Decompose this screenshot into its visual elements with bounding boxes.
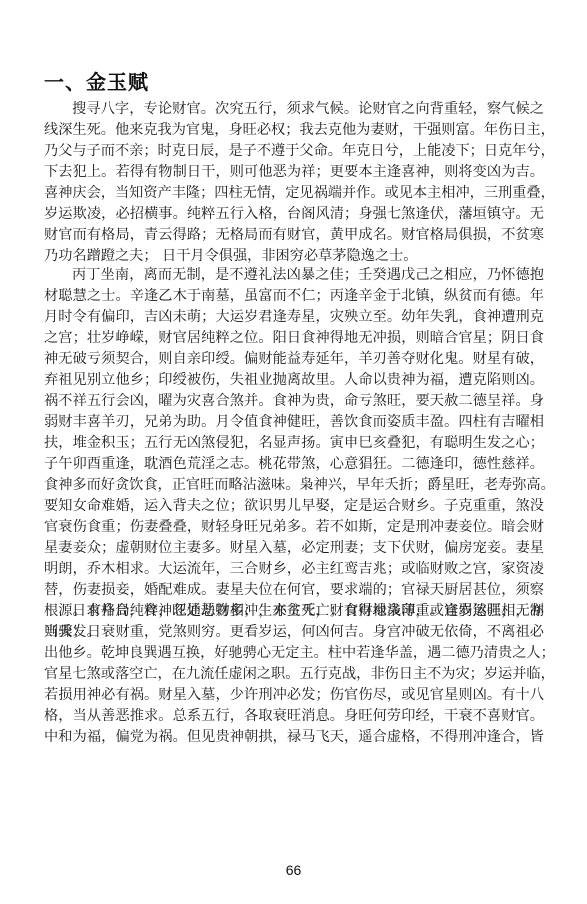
document-page: 一、金玉赋 搜寻八字，专论财官。次究五行，须求气候。论财官之向背重轻，察气候之 …	[0, 0, 587, 904]
text-line: 岁运欺凌，必招横事。纯粹五行入格，台阁风清；身强七煞逢伏，藩垣镇守。无	[44, 204, 544, 225]
text-line: 丙丁坐南，离而无制，是不遵礼法凶暴之佳；壬癸遇戊己之相应，乃怀德抱	[44, 265, 544, 286]
paragraph-2: 丙丁坐南，离而无制，是不遵礼法凶暴之佳；壬癸遇戊己之相应，乃怀德抱 材聪慧之士。…	[44, 265, 544, 643]
text-line: 下去犯上。若得有物制日干，则可他恶为祥；更要本主逢喜神，则将变凶为吉。	[44, 162, 544, 183]
text-line: 弃祖见别立他乡；印绶被伤，失祖业抛离故里。人命以贵神为福，遭克陷则凶。	[44, 370, 544, 391]
page-number: 66	[0, 862, 587, 878]
text-line: 中和为福，偏党为祸。但见贵神朝拱，禄马飞天，遥合虚格，不得刑冲逢合，皆	[44, 727, 544, 748]
text-line: 若损用神必有祸。财星入墓，少许刑冲必发；伤官伤尽，或见官星则凶。有十八	[44, 685, 544, 706]
text-line: 线深生死。他来克我为官鬼，身旺必权；我去克他为妻财，干强则富。年伤日主，	[44, 120, 544, 141]
text-line: 之宫；壮岁峥嵘，财官居纯粹之位。阳日食神得地无冲损，则暗合官星；阴日食	[44, 328, 544, 349]
text-line: 官星七煞或落空亡，在九流任虚闲之职。五行克战，非伤日主不为灾；岁运并临，	[44, 664, 544, 685]
text-line: 神无破亏须契合，则自亲印绶。偏财能益寿延年，羊刃善夺财化鬼。财星有破，	[44, 349, 544, 370]
section-title: 一、金玉赋	[44, 66, 149, 95]
paragraph-1: 搜寻八字，专论财官。次究五行，须求气候。论财官之向背重轻，察气候之 线深生死。他…	[44, 99, 544, 267]
text-line: 乃父与子而不亲；时克日辰，是子不遵于父命。年克日兮，上能凌下；日克年兮，	[44, 141, 544, 162]
text-line: 格，当从善恶推求。总系五行，各取衰旺消息。身旺何劳印经，干衰不喜财官。	[44, 706, 544, 727]
text-line: 喜神庆会，当知资产丰隆；四柱无情，定见祸端并作。或见本主相冲，三刑重叠，	[44, 183, 544, 204]
text-line: 食神多而好贪饮食，正官旺而略沾滋味。枭神兴，早年夭折；爵星旺，老寿弥高。	[44, 475, 544, 496]
text-line: 星妻妾众；虚朝财位主妻多。财星入墓，必定刑妻；支下伏财，偏房宠妾。妻星	[44, 538, 544, 559]
text-line: 搜寻八字，专论财官。次究五行，须求气候。论财官之向背重轻，察气候之	[44, 99, 544, 120]
text-line: 日求升合，食神旺处劫财多；生来贫夭，财食得地枭印重。官弱煞强，无制	[44, 601, 544, 622]
text-line: 则夭；日衰财重，党煞则穷。更看岁运，何凶何吉。身宫冲破无依倚，不离祖必	[44, 622, 544, 643]
text-line: 出他乡。乾坤良巽遇互换，好驰骋心无定主。柱中若逢华盖，遇二德乃清贵之人；	[44, 643, 544, 664]
text-line: 替，伤妻损妾，婚配难成。妻星夫位在何官，要求端的；官禄天厨居甚位，须察	[44, 580, 544, 601]
text-line: 月时令有偏印，吉凶未萌；大运岁君逢寿星，灾殃立至。幼年失乳，食神遭刑克	[44, 307, 544, 328]
text-line: 乃功名蹭蹬之夫； 日干月令俱强，非困穷必草茅隐逸之士。	[44, 246, 544, 267]
text-line: 扶，堆金积玉；五行无凶煞侵犯，名显声扬。寅申巳亥叠犯，有聪明生发之心；	[44, 433, 544, 454]
paragraph-3: 日求升合，食神旺处劫财多；生来贫夭，财食得地枭印重。官弱煞强，无制 则夭；日衰财…	[44, 601, 544, 748]
text-line: 要知女命难婚，运入背夫之位；欲识男儿早娶，定是运合财乡。子克重重，煞没	[44, 496, 544, 517]
text-line: 明朗，乔木相求。大运流年，三合财乡，必主红鸾吉兆；或临财败之宫，家资凌	[44, 559, 544, 580]
text-line: 官衰伤食重；伤妻叠叠，财轻身旺兄弟多。若不如斯，定是刑冲妻妾位。暗会财	[44, 517, 544, 538]
text-line: 材聪慧之士。辛逢乙木于南墓，虽富而不仁；丙逢辛金于北镇，纵贫而有德。年	[44, 286, 544, 307]
text-line: 子午卯酉重逢，耽酒色荒淫之志。桃花带煞，心意猖狂。二德逢印，德性慈祥。	[44, 454, 544, 475]
text-line: 祸不祥五行会凶，曜为灾喜合煞并。食神为贵，命亏煞旺，要天赦二德呈祥。身	[44, 391, 544, 412]
text-line: 弱财丰喜羊刃，兄弟为助。月令值食神健旺，善饮食而姿质丰盈。四柱有吉曜相	[44, 412, 544, 433]
text-line: 财官而有格局，青云得路；无格局而有财官，黄甲成名。财官格局俱损，不贫寒	[44, 225, 544, 246]
